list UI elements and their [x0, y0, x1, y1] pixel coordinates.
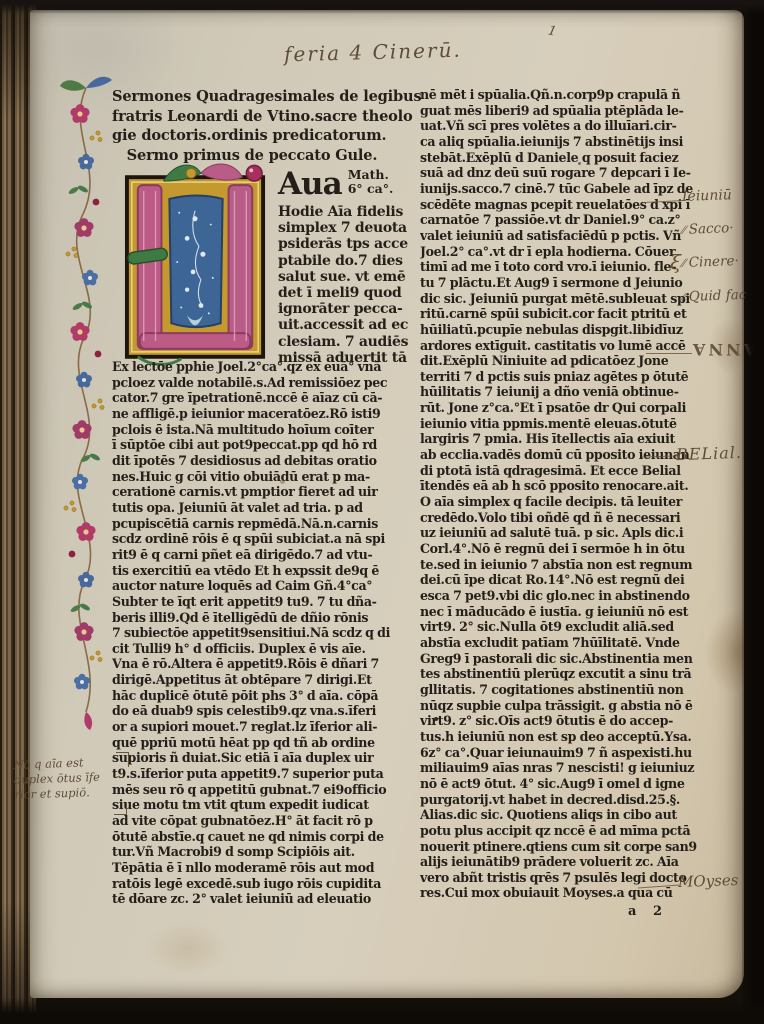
text-line: cator.7 gre īpetrationē.nccē ē aīaz cū c… [112, 390, 436, 406]
text-line: abstīa excludit patīam 7hūīlitatē. Vnde [420, 635, 742, 651]
text-line: virt9. 2° sic.Nulla ōt9 excludit aliā.se… [420, 619, 742, 635]
text-line: virt9. z° sic.Oīs act9 ōtutis ē do accep… [420, 713, 742, 729]
text-line: nec ī māducādo ē iustīa. g ieiuniū nō es… [420, 604, 742, 620]
left-note-line: rior et supiō. [14, 784, 118, 803]
text-line: simplex 7 deuota [278, 220, 440, 236]
text-line: nō ē act9 ōtut. 4° sic.Aug9 ī omel d ign… [420, 776, 742, 792]
ink-speck [578, 162, 581, 165]
text-line: pclois ē ista.Nā multitudo hoīum coīter [112, 422, 436, 438]
margin-bracket-icon [116, 752, 129, 767]
floral-border-icon [56, 70, 116, 730]
caret-marks-icon: ⁄⁄ [682, 291, 686, 304]
stain-speck [280, 480, 285, 484]
citation-line-2: 6° ca°. [348, 182, 394, 196]
text-line: hūiliatū.pcupīe nebulas dispgit.libidīuz [420, 322, 742, 338]
margin-note-text: Sacco· [688, 220, 733, 238]
caret-marks-icon: ⁄⁄ [682, 257, 686, 270]
heading-line: gie doctoris.ordinis predicatorum. [112, 126, 442, 146]
text-line: quē ppriū motū hēat pp qd tñ ab ordine [112, 735, 436, 751]
text-line: suā ad dnz deū suū rogare 7 depcari ī Ie… [420, 165, 742, 181]
text-line: guat mēs liberi9 ad spūalia ptēplāda le- [420, 103, 742, 119]
text-line: stebāt.Exēplū d Daniele q posuit faciez [420, 150, 742, 166]
heading-line: Sermo primus de peccato Gule. [112, 146, 442, 166]
heading-line: Sermones Quadragesimales de legibus [112, 87, 442, 107]
text-line: pcloez valde notabilē.s.Ad remissiōez pe… [112, 375, 436, 391]
text-line: tus.h ieiuniū non est sp deo acceptū.Ysa… [420, 729, 742, 745]
citation-line-1: Math. [348, 168, 394, 182]
text-line: tes abstinentiū plerūqz excutit a sinu t… [420, 666, 742, 682]
text-line: nē mēt i spūalia.Qñ.n.corp9p crapulā ñ [420, 87, 742, 103]
text-line: ieiunio vitia ppmis.mentē eleuas.ōtutē [420, 416, 742, 432]
text-line: auctor nature loquēs ad Caim Gñ.4°ca° [112, 578, 436, 594]
scripture-citation: Math. 6° ca°. [348, 168, 394, 196]
illuminated-initial-U [122, 167, 270, 365]
text-line: supioris ñ duiat.Sic etiā ī aīa duplex u… [112, 750, 436, 766]
illuminated-floral-border [56, 70, 116, 730]
text-line: nūqz supbie culpa trāssigit. g abstia nō… [420, 698, 742, 714]
text-line: rit9 ē q carni pñet eā dirigēdo.7 ad vtu… [112, 547, 436, 563]
margin-note-moyses: MOyses [678, 871, 739, 891]
margin-brace-flourish: ξ [670, 250, 681, 274]
text-line: uz ieiuniū ad salutē tuā. p sic. Apls di… [420, 525, 742, 541]
text-line: ptabile do.7 dies [278, 253, 440, 269]
caret-marks-icon: ⁄⁄ [682, 224, 686, 237]
text-line: ritū.carnē spūi subicit.cor facit ptritū… [420, 306, 742, 322]
text-line: tis exercitiū ea vtēdo Et h expssit de9q… [112, 563, 436, 579]
text-line: 7 subiectōe appetit9sensitiui.Nā scdz q … [112, 625, 436, 641]
text-line: or a supiori mouet.7 reglat.lz īferior a… [112, 719, 436, 735]
incipit-word: Aua [278, 168, 342, 200]
illuminated-initial-icon [122, 167, 270, 365]
right-text-column: nē mēt i spūalia.Qñ.n.corp9p crapulā ñgu… [420, 87, 742, 901]
text-line: det ī meli9 quod [278, 285, 440, 301]
text-line: esca 7 pet9.vbi dic glo.nec in abstinend… [420, 588, 742, 604]
text-line: hāc duplicē ōtutē pōit phs 3° d aīa. cōp… [112, 688, 436, 704]
text-line: credēdo.Volo tibi oñdē qd ñ ē necessari [420, 510, 742, 526]
text-line: ratōis legē excedē.sub iugo rōis cupidit… [112, 876, 436, 892]
text-line: Vna ē rō.Altera ē appetit9.Rōis ē dñari … [112, 656, 436, 672]
text-line: O aīa simplex q facile decipis. tā leuit… [420, 494, 742, 510]
incipit-line: Aua Math. 6° ca°. [278, 168, 440, 204]
margin-note-text: Quid fac [688, 287, 746, 305]
text-line: te.sed in ieiunio 7 abstīa non est regnu… [420, 557, 742, 573]
text-line: psiderās tps acce [278, 236, 440, 252]
margin-note-belial: BELial. [676, 443, 743, 464]
text-line: di ptotā istā qdragesimā. Et ecce Belial [420, 463, 742, 479]
margin-note-sacco: ⁄⁄Sacco· [682, 220, 734, 238]
text-line: rūt. Jone z°ca.°Et ī psatōe dr Qui corpa… [420, 400, 742, 416]
text-line: Alias.dic sic. Quotiens aliqs in cibo au… [420, 807, 742, 823]
margin-note-text: Cinere· [688, 253, 739, 271]
incipit-block: Aua Math. 6° ca°. Hodie Aīa fidelissimpl… [278, 168, 440, 366]
text-line: alijs ieiunātib9 prādere voluerit zc. Aī… [420, 854, 742, 870]
margin-bracket-icon [114, 802, 127, 815]
photograph-of-book-page: feria 4 Cinerū. 1 [0, 0, 764, 1024]
photo-background-right [742, 0, 764, 1024]
heading-line: fratris Leonardi de Vtino.sacre theolo [112, 107, 442, 127]
text-line: dirigē.Appetitus āt obtēpare 7 dirigi.Et [112, 672, 436, 688]
text-line: Tēpātia ē ī nllo moderamē rōis aut mod [112, 860, 436, 876]
text-line: hūilitatis 7 ieiunij a dño veniā obtinue… [420, 384, 742, 400]
text-line: uit.accessit ad ec [278, 317, 440, 333]
text-line: tē dōare zc. 2° valet ieiuniū ad eleuati… [112, 891, 436, 907]
text-line: scdz ordinē rōis ē q spūi subiciat.a nā … [112, 531, 436, 547]
text-line: ītendēs eā ab h scō pposito renocare.ait… [420, 478, 742, 494]
text-line: salut sue. vt emē [278, 269, 440, 285]
left-margin-note: Nō q aīa estduplex ōtus īferior et supiō… [13, 754, 119, 803]
chapter-heading: Sermones Quadragesimales de legibusfratr… [112, 87, 442, 165]
text-line: territi 7 d pctis suis pniaz agētes p ōt… [420, 369, 742, 385]
text-line: uat.Vñ scī pres volētes a do illuīari.ci… [420, 118, 742, 134]
text-line: dei.cū īpe dicat Ro.14°.Nō est regnū dei [420, 572, 742, 588]
margin-note-ieiunium: Ieiuniū [682, 187, 732, 205]
folio-mark: 1 [547, 23, 558, 39]
text-line: t9.s.īferior puta appetit9.7 superior pu… [112, 766, 436, 782]
text-line: ignorāter pecca- [278, 301, 440, 317]
left-text-column: Ex lectōe pphie Joel.2°ca°.qz ex euā° vn… [112, 359, 436, 907]
text-line: gllitatis. 7 cogitationes abstinentiū no… [420, 682, 742, 698]
margin-connector-line [646, 353, 692, 354]
text-line: Greg9 ī pastorali dic sic.Abstinentia me… [420, 651, 742, 667]
margin-note-quid: ⁄⁄Quid fac [682, 287, 747, 305]
text-line: ne affligē.p ieiunior maceratōez.Rō isti… [112, 406, 436, 422]
text-line: pcupiscētiā carnis repmēdā.Nā.n.carnis [112, 516, 436, 532]
text-line: Ex lectōe pphie Joel.2°ca°.qz ex euā° vn… [112, 359, 436, 375]
text-line: beris illi9.Qd ē ītelligēdū de dñio rōni… [112, 610, 436, 626]
margin-note-cinere: ⁄⁄Cinere· [682, 253, 739, 271]
parchment-page: feria 4 Cinerū. 1 [30, 10, 744, 998]
handwritten-top-note: feria 4 Cinerū. [284, 38, 462, 67]
text-line: do eā duab9 spis celestib9.qz vna.s.īfer… [112, 703, 436, 719]
text-line: ōtutē abstīe.q cauet ne qd nimis corpi d… [112, 829, 436, 845]
quire-signature: a 2 [628, 904, 668, 919]
beside-initial-lines: Hodie Aīa fidelissimplex 7 deuotapsiderā… [278, 204, 440, 366]
text-line: siue motu tm vtit qtum expedit iudicat [112, 797, 436, 813]
text-line: Subter te īqt erit appetit9 tu9. 7 tu dñ… [112, 594, 436, 610]
text-line: ī sūptōe cibi aut pot9peccat.pp qd hō rd [112, 437, 436, 453]
text-line: 6z° ca°.Quar ieiunauim9 7 ñ aspexisti.hu [420, 745, 742, 761]
text-line: ca aliq spūalia.ieiunijs 7 abstinētijs i… [420, 134, 742, 150]
text-line: tur.Vñ Macrobi9 d somp Scipiōis ait. [112, 844, 436, 860]
text-line: cit Tulli9 h° d officiis. Duplex ē vis a… [112, 641, 436, 657]
photo-background-top [0, 0, 764, 14]
text-line: tutis opa. Jeiuniū āt valet ad tria. p a… [112, 500, 436, 516]
text-line: clesiam. 7 audiēs [278, 334, 440, 350]
text-line: purgatorij.vt habet in decred.disd.25.§. [420, 792, 742, 808]
text-line: Hodie Aīa fidelis [278, 204, 440, 220]
text-line: mēs seu rō q appetitū gubnat.7 ei9offici… [112, 782, 436, 798]
text-line: nouerit ptinere.qtiens cum sit corpe san… [420, 839, 742, 855]
text-line: Corl.4°.Nō ē regnū dei ī sermōe h in ōtu [420, 541, 742, 557]
text-line: potu plus accipit qz nccē ē ad mīma pctā [420, 823, 742, 839]
text-line: dit īpotēs 7 desidiosus ad debitas orati… [112, 453, 436, 469]
text-line: ad vite cōpat gubnatōez.H° āt facit rō p [112, 813, 436, 829]
ink-speck [434, 717, 438, 721]
text-line: cerationē carnis.vt pmptior fieret ad ui… [112, 484, 436, 500]
photo-background-bottom [0, 998, 764, 1024]
text-line: miliauim9 aīas nras 7 nescisti! g ieiuni… [420, 760, 742, 776]
text-line: nes.Huic g cōi vitio obuiādū erat p ma- [112, 469, 436, 485]
